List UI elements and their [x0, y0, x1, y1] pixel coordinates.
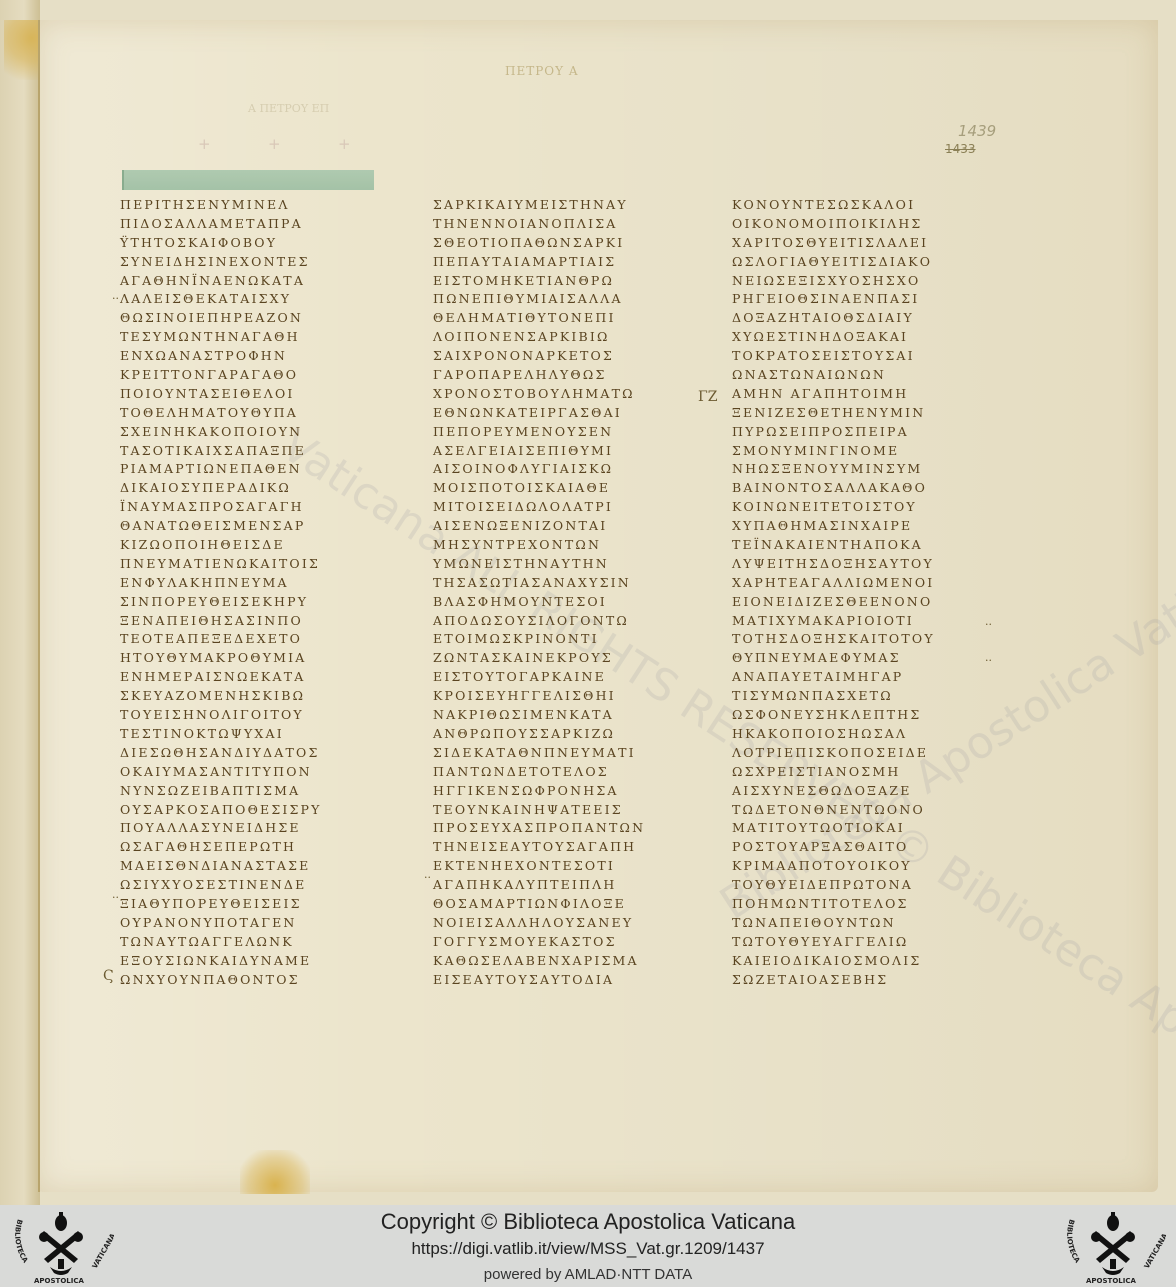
manuscript-line: ΜΙΤΟΙΣΕΙΔΩΛΟΛΑΤΡΙ — [433, 498, 693, 517]
text-column-2: ΣΑΡΚΙΚΑΙΥΜΕΙΣΤΗΝΑΥΤΗΝΕΝΝΟΙΑΝΟΠΛΙΣΑΣΘΕΟΤΙ… — [433, 196, 693, 989]
manuscript-line: ΤΕΟΤΕΑΠΕΞΕΔΕΧΕΤΟ — [120, 630, 380, 649]
manuscript-line: ΡΗΓΕΙΟΘΣΙΝΑΕΝΠΑΣΙ — [732, 290, 992, 309]
manuscript-line: ΤΩΤΟΥΘΥΕΥΑΓΓΕΛΙΩ — [732, 933, 992, 952]
manuscript-line: ΠΟΙΟΥΝΤΑΣΕΙΘΕΛΟΙ — [120, 385, 380, 404]
manuscript-line: ΤΕΟΥΝΚΑΙΝΗΨΑΤΕΕΙΣ — [433, 801, 693, 820]
manuscript-line: ΔΙΕΣΩΘΗΣΑΝΔΙΥΔΑΤΟΣ — [120, 744, 380, 763]
margin-dots: ·· — [985, 618, 992, 631]
manuscript-line: ΑΝΘΡΩΠΟΥΣΣΑΡΚΙΖΩ — [433, 725, 693, 744]
manuscript-line: ΕΝΗΜΕΡΑΙΣΝΩΕΚΑΤΑ — [120, 668, 380, 687]
manuscript-line: ΝΗΩΣΞΕΝΟΥΥΜΙΝΣΥΜ — [732, 460, 992, 479]
manuscript-line: ΩΣΦΟΝΕΥΣΗΚΛΕΠΤΗΣ — [732, 706, 992, 725]
manuscript-line: ΠΟΗΜΩΝΤΙΤΟΤΕΛΟΣ — [732, 895, 992, 914]
manuscript-line: ΧΡΟΝΟΣΤΟΒΟΥΛΗΜΑΤΩ — [433, 385, 693, 404]
folio-edge — [38, 20, 40, 1192]
manuscript-line: ΣΜΟΝΥΜΙΝΓΙΝΟΜΕ — [732, 442, 992, 461]
manuscript-line: ΤΟΤΗΣΔΟΞΗΣΚΑΙΤΟΤΟΥ — [732, 630, 992, 649]
copyright-footer: BIBLIOTECA APOSTOLICA VATICANA Copyright… — [0, 1205, 1176, 1287]
manuscript-line: ΘΥΠΝΕΥΜΑΕΦΥΜΑΣ — [732, 649, 992, 668]
manuscript-line: ΚΙΖΩΟΠΟΙΗΘΕΙΣΔΕ — [120, 536, 380, 555]
manuscript-line: ΓΑΡΟΠΑΡΕΛΗΛΥΘΩΣ — [433, 366, 693, 385]
manuscript-line: ΚΟΝΟΥΝΤΕΣΩΣΚΑΛΟΙ — [732, 196, 992, 215]
manuscript-line: ΛΥΨΕΙΤΗΣΔΟΞΗΣΑΥΤΟΥ — [732, 555, 992, 574]
running-title: ΠΕΤΡΟΥ Α — [505, 64, 579, 78]
manuscript-line: ΑΝΑΠΑΥΕΤΑΙΜΗΓΑΡ — [732, 668, 992, 687]
manuscript-line: ΛΑΛΕΙΣΘΕΚΑΤΑΙΣΧΥ — [120, 290, 380, 309]
manuscript-line: ΖΩΝΤΑΣΚΑΙΝΕΚΡΟΥΣ — [433, 649, 693, 668]
manuscript-line: ΩΝΧΥΟΥΝΠΑΘΟΝΤΟΣ — [120, 971, 380, 990]
manuscript-line: ΥΜΩΝΕΙΣΤΗΝΑΥΤΗΝ — [433, 555, 693, 574]
manuscript-line: ΠΙΔΟΣΑΛΛΑΜΕΤΑΠΡΑ — [120, 215, 380, 234]
manuscript-line: ΪΝΑΥΜΑΣΠΡΟΣΑΓΑΓΗ — [120, 498, 380, 517]
manuscript-line: ΕΝΦΥΛΑΚΗΠΝΕΥΜΑ — [120, 574, 380, 593]
copyright-text: Copyright © Biblioteca Apostolica Vatica… — [0, 1209, 1176, 1235]
cross-icon: + — [198, 135, 211, 153]
manuscript-line: ΑΠΟΔΩΣΟΥΣΙΛΟΓΟΝΤΩ — [433, 612, 693, 631]
manuscript-line: ΒΑΙΝΟΝΤΟΣΑΛΛΑΚΑΘΟ — [732, 479, 992, 498]
manuscript-line: ΩΣΑΓΑΘΗΣΕΠΕΡΩΤΗ — [120, 838, 380, 857]
manuscript-line: ΧΥΩΕΣΤΙΝΗΔΟΞΑΚΑΙ — [732, 328, 992, 347]
manuscript-line: ΚΡΟΙΣΕΥΗΓΓΕΛΙΣΘΗΙ — [433, 687, 693, 706]
manuscript-line: ΘΕΛΗΜΑΤΙΘΥΤΟΝΕΠΙ — [433, 309, 693, 328]
manuscript-line: ΕΞΟΥΣΙΩΝΚΑΙΔΥΝΑΜΕ — [120, 952, 380, 971]
section-number: Ϛ — [103, 968, 114, 984]
manuscript-line: ΤΗΝΕΙΣΕΑΥΤΟΥΣΑΓΑΠΗ — [433, 838, 693, 857]
text-column-3: ΚΟΝΟΥΝΤΕΣΩΣΚΑΛΟΙΟΙΚΟΝΟΜΟΙΠΟΙΚΙΛΗΣΧΑΡΙΤΟΣ… — [732, 196, 992, 989]
manuscript-line: ΤΟΥΕΙΣΗΝΟΛΙΓΟΙΤΟΥ — [120, 706, 380, 725]
manuscript-line: ΣΑΡΚΙΚΑΙΥΜΕΙΣΤΗΝΑΥ — [433, 196, 693, 215]
manuscript-line: ΠΝΕΥΜΑΤΙΕΝΩΚΑΙΤΟΙΣ — [120, 555, 380, 574]
manuscript-line: ΕΙΟΝΕΙΔΙΖΕΣΘΕΕΝΟΝΟ — [732, 593, 992, 612]
manuscript-line: ΣΙΝΠΟΡΕΥΘΕΙΣΕΚΗΡΥ — [120, 593, 380, 612]
green-headpiece-band — [122, 170, 374, 190]
manuscript-line: ΤΩΝΑΠΕΙΘΟΥΝΤΩΝ — [732, 914, 992, 933]
manuscript-line: ΤΟΥΘΥΕΙΔΕΠΡΩΤΟΝΑ — [732, 876, 992, 895]
svg-text:BIBLIOTECA: BIBLIOTECA — [1065, 1218, 1082, 1265]
manuscript-line: ΕΙΣΤΟΜΗΚΕΤΙΑΝΘΡΩ — [433, 272, 693, 291]
manuscript-line: ΚΑΙΕΙΟΔΙΚΑΙΟΣΜΟΛΙΣ — [732, 952, 992, 971]
manuscript-line: ΤΕΪΝΑΚΑΙΕΝΤΗΑΠΟΚΑ — [732, 536, 992, 555]
manuscript-line: ΤΕΣΥΜΩΝΤΗΝΑΓΑΘΗ — [120, 328, 380, 347]
manuscript-line: ΠΥΡΩΣΕΙΠΡΟΣΠΕΙΡΑ — [732, 423, 992, 442]
source-url[interactable]: https://digi.vatlib.it/view/MSS_Vat.gr.1… — [0, 1239, 1176, 1259]
manuscript-line: ΣΙΔΕΚΑΤΑΘΝΠΝΕΥΜΑΤΙ — [433, 744, 693, 763]
manuscript-line: ΑΣΕΛΓΕΙΑΙΣΕΠΙΘΥΜΙ — [433, 442, 693, 461]
manuscript-line: ΣΘΕΟΤΙΟΠΑΘΩΝΣΑΡΚΙ — [433, 234, 693, 253]
powered-by-text: powered by AMLAD·NTT DATA — [0, 1266, 1176, 1283]
manuscript-line: ΕΙΣΕΑΥΤΟΥΣΑΥΤΟΔΙΑ — [433, 971, 693, 990]
manuscript-line: ΤΗΝΕΝΝΟΙΑΝΟΠΛΙΣΑ — [433, 215, 693, 234]
manuscript-line: ΒΛΑΣΦΗΜΟΥΝΤΕΣΟΙ — [433, 593, 693, 612]
manuscript-line: ΚΟΙΝΩΝΕΙΤΕΤΟΙΣΤΟΥ — [732, 498, 992, 517]
manuscript-line: ΝΑΚΡΙΘΩΣΙΜΕΝΚΑΤΑ — [433, 706, 693, 725]
manuscript-line: ΤΕΣΤΙΝΟΚΤΩΨΥΧΑΙ — [120, 725, 380, 744]
manuscript-line: ΧΥΠΑΘΗΜΑΣΙΝΧΑΙΡΕ — [732, 517, 992, 536]
manuscript-line: ΑΜΗΝ ΑΓΑΠΗΤΟΙΜΗ — [732, 385, 992, 404]
stain-bottom — [240, 1150, 310, 1194]
manuscript-line: ΘΑΝΑΤΩΘΕΙΣΜΕΝΣΑΡ — [120, 517, 380, 536]
manuscript-line: ΜΗΣΥΝΤΡΕΧΟΝΤΩΝ — [433, 536, 693, 555]
manuscript-line: ΤΗΣΑΣΩΤΙΑΣΑΝΑΧΥΣΙΝ — [433, 574, 693, 593]
manuscript-line: ΩΣΧΡΕΙΣΤΙΑΝΟΣΜΗ — [732, 763, 992, 782]
section-number: ΓΖ — [698, 389, 717, 405]
margin-dots: ·· — [112, 292, 119, 305]
manuscript-line: ΗΤΟΥΘΥΜΑΚΡΟΘΥΜΙΑ — [120, 649, 380, 668]
manuscript-line: ΟΥΣΑΡΚΟΣΑΠΟΘΕΣΙΣΡΥ — [120, 801, 380, 820]
manuscript-line: ΫΤΗΤΟΣΚΑΙΦΟΒΟΥ — [120, 234, 380, 253]
manuscript-line: ΜΑΕΙΣΘΝΔΙΑΝΑΣΤΑΣΕ — [120, 857, 380, 876]
manuscript-line: ΧΑΡΙΤΟΣΘΥΕΙΤΙΣΛΑΛΕΙ — [732, 234, 992, 253]
binding-strip — [0, 0, 40, 1205]
margin-dots: ·· — [985, 654, 992, 667]
manuscript-line: ΞΕΝΑΠΕΙΘΗΣΑΣΙΝΠΟ — [120, 612, 380, 631]
manuscript-line: ΩΣΙΥΧΥΟΣΕΣΤΙΝΕΝΔΕ — [120, 876, 380, 895]
manuscript-line: ΔΟΞΑΖΗΤΑΙΟΘΣΔΙΑΙΥ — [732, 309, 992, 328]
manuscript-line: ΚΡΙΜΑΑΠΟΤΟΥΟΙΚΟΥ — [732, 857, 992, 876]
manuscript-line: ΕΝΧΩΑΝΑΣΤΡΟΦΗΝ — [120, 347, 380, 366]
manuscript-line: ΠΩΝΕΠΙΘΥΜΙΑΙΣΑΛΛΑ — [433, 290, 693, 309]
manuscript-scan: ΠΕΤΡΟΥ Α Α ΠΕΤΡΟΥ ΕΠ + + + 1439 1433 Vat… — [0, 0, 1176, 1205]
manuscript-line: ΑΓΑΠΗΚΑΛΥΠΤΕΙΠΛΗ — [433, 876, 693, 895]
manuscript-line: ΤΩΔΕΤΟΝΘΝΕΝΤΩΟΝΟ — [732, 801, 992, 820]
manuscript-line: ΟΚΑΙΥΜΑΣΑΝΤΙΤΥΠΟΝ — [120, 763, 380, 782]
manuscript-line: ΠΕΡΙΤΗΣΕΝΥΜΙΝΕΛ — [120, 196, 380, 215]
manuscript-line: ΑΙΣΕΝΩΞΕΝΙΖΟΝΤΑΙ — [433, 517, 693, 536]
manuscript-line: ΟΙΚΟΝΟΜΟΙΠΟΙΚΙΛΗΣ — [732, 215, 992, 234]
manuscript-line: ΝΥΝΣΩΖΕΙΒΑΠΤΙΣΜΑ — [120, 782, 380, 801]
manuscript-line: ΑΙΣΟΙΝΟΦΛΥΓΙΑΙΣΚΩ — [433, 460, 693, 479]
manuscript-line: ΑΓΑΘΗΝΪΝΑΕΝΩΚΑΤΑ — [120, 272, 380, 291]
manuscript-line: ΠΡΟΣΕΥΧΑΣΠΡΟΠΑΝΤΩΝ — [433, 819, 693, 838]
manuscript-line: ΩΝΑΣΤΩΝΑΙΩΝΩΝ — [732, 366, 992, 385]
svg-text:VATICANA: VATICANA — [1143, 1232, 1166, 1270]
svg-text:APOSTOLICA: APOSTOLICA — [1086, 1277, 1136, 1285]
manuscript-line: ΞΙΑΘΥΠΟΡΕΥΘΕΙΣΕΙΣ — [120, 895, 380, 914]
manuscript-line: ΘΟΣΑΜΑΡΤΙΩΝΦΙΛΟΞΕ — [433, 895, 693, 914]
faint-note: Α ΠΕΤΡΟΥ ΕΠ — [248, 102, 329, 115]
manuscript-line: ΡΙΑΜΑΡΤΙΩΝΕΠΑΘΕΝ — [120, 460, 380, 479]
margin-dots: ·· — [112, 891, 119, 904]
manuscript-line: ΡΟΣΤΟΥΑΡΞΑΣΘΑΙΤΟ — [732, 838, 992, 857]
manuscript-line: ΜΑΤΙΤΟΥΤΩΟΤΙΟΚΑΙ — [732, 819, 992, 838]
manuscript-line: ΠΕΠΑΥΤΑΙΑΜΑΡΤΙΑΙΣ — [433, 253, 693, 272]
manuscript-line: ΑΙΣΧΥΝΕΣΘΩΔΟΞΑΖΕ — [732, 782, 992, 801]
papal-coat-of-arms-icon: BIBLIOTECA APOSTOLICA VATICANA — [1056, 1209, 1166, 1285]
cross-icon: + — [268, 135, 281, 153]
manuscript-line: ΤΙΣΥΜΩΝΠΑΣΧΕΤΩ — [732, 687, 992, 706]
manuscript-line: ΠΟΥΑΛΛΑΣΥΝΕΙΔΗΣΕ — [120, 819, 380, 838]
manuscript-line: ΜΑΤΙΧΥΜΑΚΑΡΙΟΙΟΤΙ — [732, 612, 992, 631]
manuscript-line: ΚΑΘΩΣΕΛΑΒΕΝΧΑΡΙΣΜΑ — [433, 952, 693, 971]
manuscript-line: ΤΟΚΡΑΤΟΣΕΙΣΤΟΥΣΑΙ — [732, 347, 992, 366]
manuscript-line: ΕΙΣΤΟΥΤΟΓΑΡΚΑΙΝΕ — [433, 668, 693, 687]
manuscript-line: ΣΥΝΕΙΔΗΣΙΝΕΧΟΝΤΕΣ — [120, 253, 380, 272]
manuscript-line: ΣΑΙΧΡΟΝΟΝΑΡΚΕΤΟΣ — [433, 347, 693, 366]
manuscript-line: ΠΕΠΟΡΕΥΜΕΝΟΥΣΕΝ — [433, 423, 693, 442]
manuscript-line: ΤΟΘΕΛΗΜΑΤΟΥΘΥΠΑ — [120, 404, 380, 423]
manuscript-line: ΕΚΤΕΝΗΕΧΟΝΤΕΣΟΤΙ — [433, 857, 693, 876]
manuscript-line: ΝΕΙΩΣΕΞΙΣΧΥΟΣΗΣΧΟ — [732, 272, 992, 291]
manuscript-line: ΟΥΡΑΝΟΝΥΠΟΤΑΓΕΝ — [120, 914, 380, 933]
folio-number: 1439 — [958, 122, 996, 140]
manuscript-line: ΗΚΑΚΟΠΟΙΟΣΗΩΣΑΛ — [732, 725, 992, 744]
manuscript-line: ΚΡΕΙΤΤΟΝΓΑΡΑΓΑΘΟ — [120, 366, 380, 385]
manuscript-line: ΓΟΓΓΥΣΜΟΥΕΚΑΣΤΟΣ — [433, 933, 693, 952]
folio-number-struck: 1433 — [945, 142, 976, 156]
manuscript-line: ΜΟΙΣΠΟΤΟΙΣΚΑΙΑΘΕ — [433, 479, 693, 498]
cross-icon: + — [338, 135, 351, 153]
manuscript-line: ΛΟΙΠΟΝΕΝΣΑΡΚΙΒΙΩ — [433, 328, 693, 347]
manuscript-line: ΛΟΤΡΙΕΠΙΣΚΟΠΟΣΕΙΔΕ — [732, 744, 992, 763]
text-column-1: ΠΕΡΙΤΗΣΕΝΥΜΙΝΕΛΠΙΔΟΣΑΛΛΑΜΕΤΑΠΡΑΫΤΗΤΟΣΚΑΙ… — [120, 196, 380, 989]
margin-dots: ·· — [424, 871, 431, 884]
manuscript-line: ΣΚΕΥΑΖΟΜΕΝΗΣΚΙΒΩ — [120, 687, 380, 706]
manuscript-line: ΣΧΕΙΝΗΚΑΚΟΠΟΙΟΥΝ — [120, 423, 380, 442]
manuscript-line: ΠΑΝΤΩΝΔΕΤΟΤΕΛΟΣ — [433, 763, 693, 782]
manuscript-line: ΝΟΙΕΙΣΑΛΛΗΛΟΥΣΑΝΕΥ — [433, 914, 693, 933]
manuscript-line: ΕΘΝΩΝΚΑΤΕΙΡΓΑΣΘΑΙ — [433, 404, 693, 423]
manuscript-line: ΣΩΖΕΤΑΙΟΑΣΕΒΗΣ — [732, 971, 992, 990]
manuscript-line: ΔΙΚΑΙΟΣΥΠΕΡΑΔΙΚΩ — [120, 479, 380, 498]
manuscript-line: ΧΑΡΗΤΕΑΓΑΛΛΙΩΜΕΝΟΙ — [732, 574, 992, 593]
manuscript-line: ΘΩΣΙΝΟΙΕΠΗΡΕΑΖΟΝ — [120, 309, 380, 328]
manuscript-line: ΤΩΝΑΥΤΩΑΓΓΕΛΩΝΚ — [120, 933, 380, 952]
manuscript-line: ΕΤΟΙΜΩΣΚΡΙΝΟΝΤΙ — [433, 630, 693, 649]
manuscript-line: ΞΕΝΙΖΕΣΘΕΤΗΕΝΥΜΙΝ — [732, 404, 992, 423]
manuscript-line: ΩΣΛΟΓΙΑΘΥΕΙΤΙΣΔΙΑΚΟ — [732, 253, 992, 272]
manuscript-line: ΤΑΣΟΤΙΚΑΙΧΣΑΠΑΞΠΕ — [120, 442, 380, 461]
manuscript-line: ΗΓΓΙΚΕΝΣΩΦΡΟΝΗΣΑ — [433, 782, 693, 801]
